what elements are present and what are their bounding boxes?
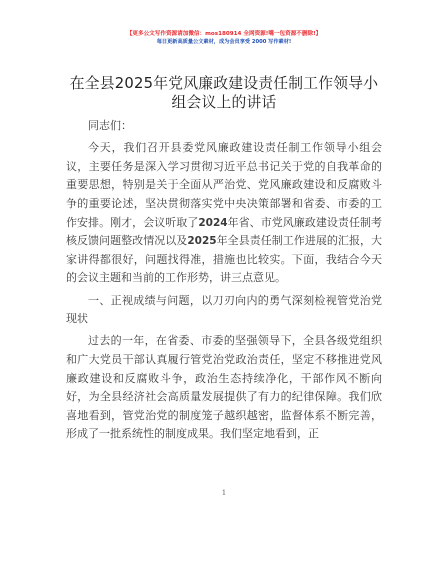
promo-banner: 【更多公文写作资源请加微信：mos180914 全网资源!嘴一包资源不删除!】 [0, 29, 448, 37]
document-title: 在全县2025年党风廉政建设责任制工作领导小组会议上的讲话 [64, 74, 384, 112]
year-2025: 2025 [187, 235, 216, 247]
section-heading-1: 一、正视成绩与问题，以刀刃向内的勇气深刻检视管党治党现状 [66, 292, 382, 329]
document-body: 同志们： 今天，我们召开县委党风廉政建设责任制工作领导小组会议，主要任务是深入学… [66, 117, 382, 447]
year-2024: 2024 [198, 217, 227, 229]
greeting: 同志们： [66, 117, 382, 136]
member-banner: 每日更新高质量公文素材，成为会员享受 2000 写作素材! [0, 38, 448, 45]
page-number: 1 [0, 489, 448, 497]
paragraph-intro: 今天，我们召开县委党风廉政建设责任制工作领导小组会议，主要任务是深入学习贯彻习近… [66, 139, 382, 288]
paragraph-achievements: 过去的一年，在省委、市委的坚强领导下，全县各级党组织和广大党员干部认真履行管党治… [66, 332, 382, 444]
